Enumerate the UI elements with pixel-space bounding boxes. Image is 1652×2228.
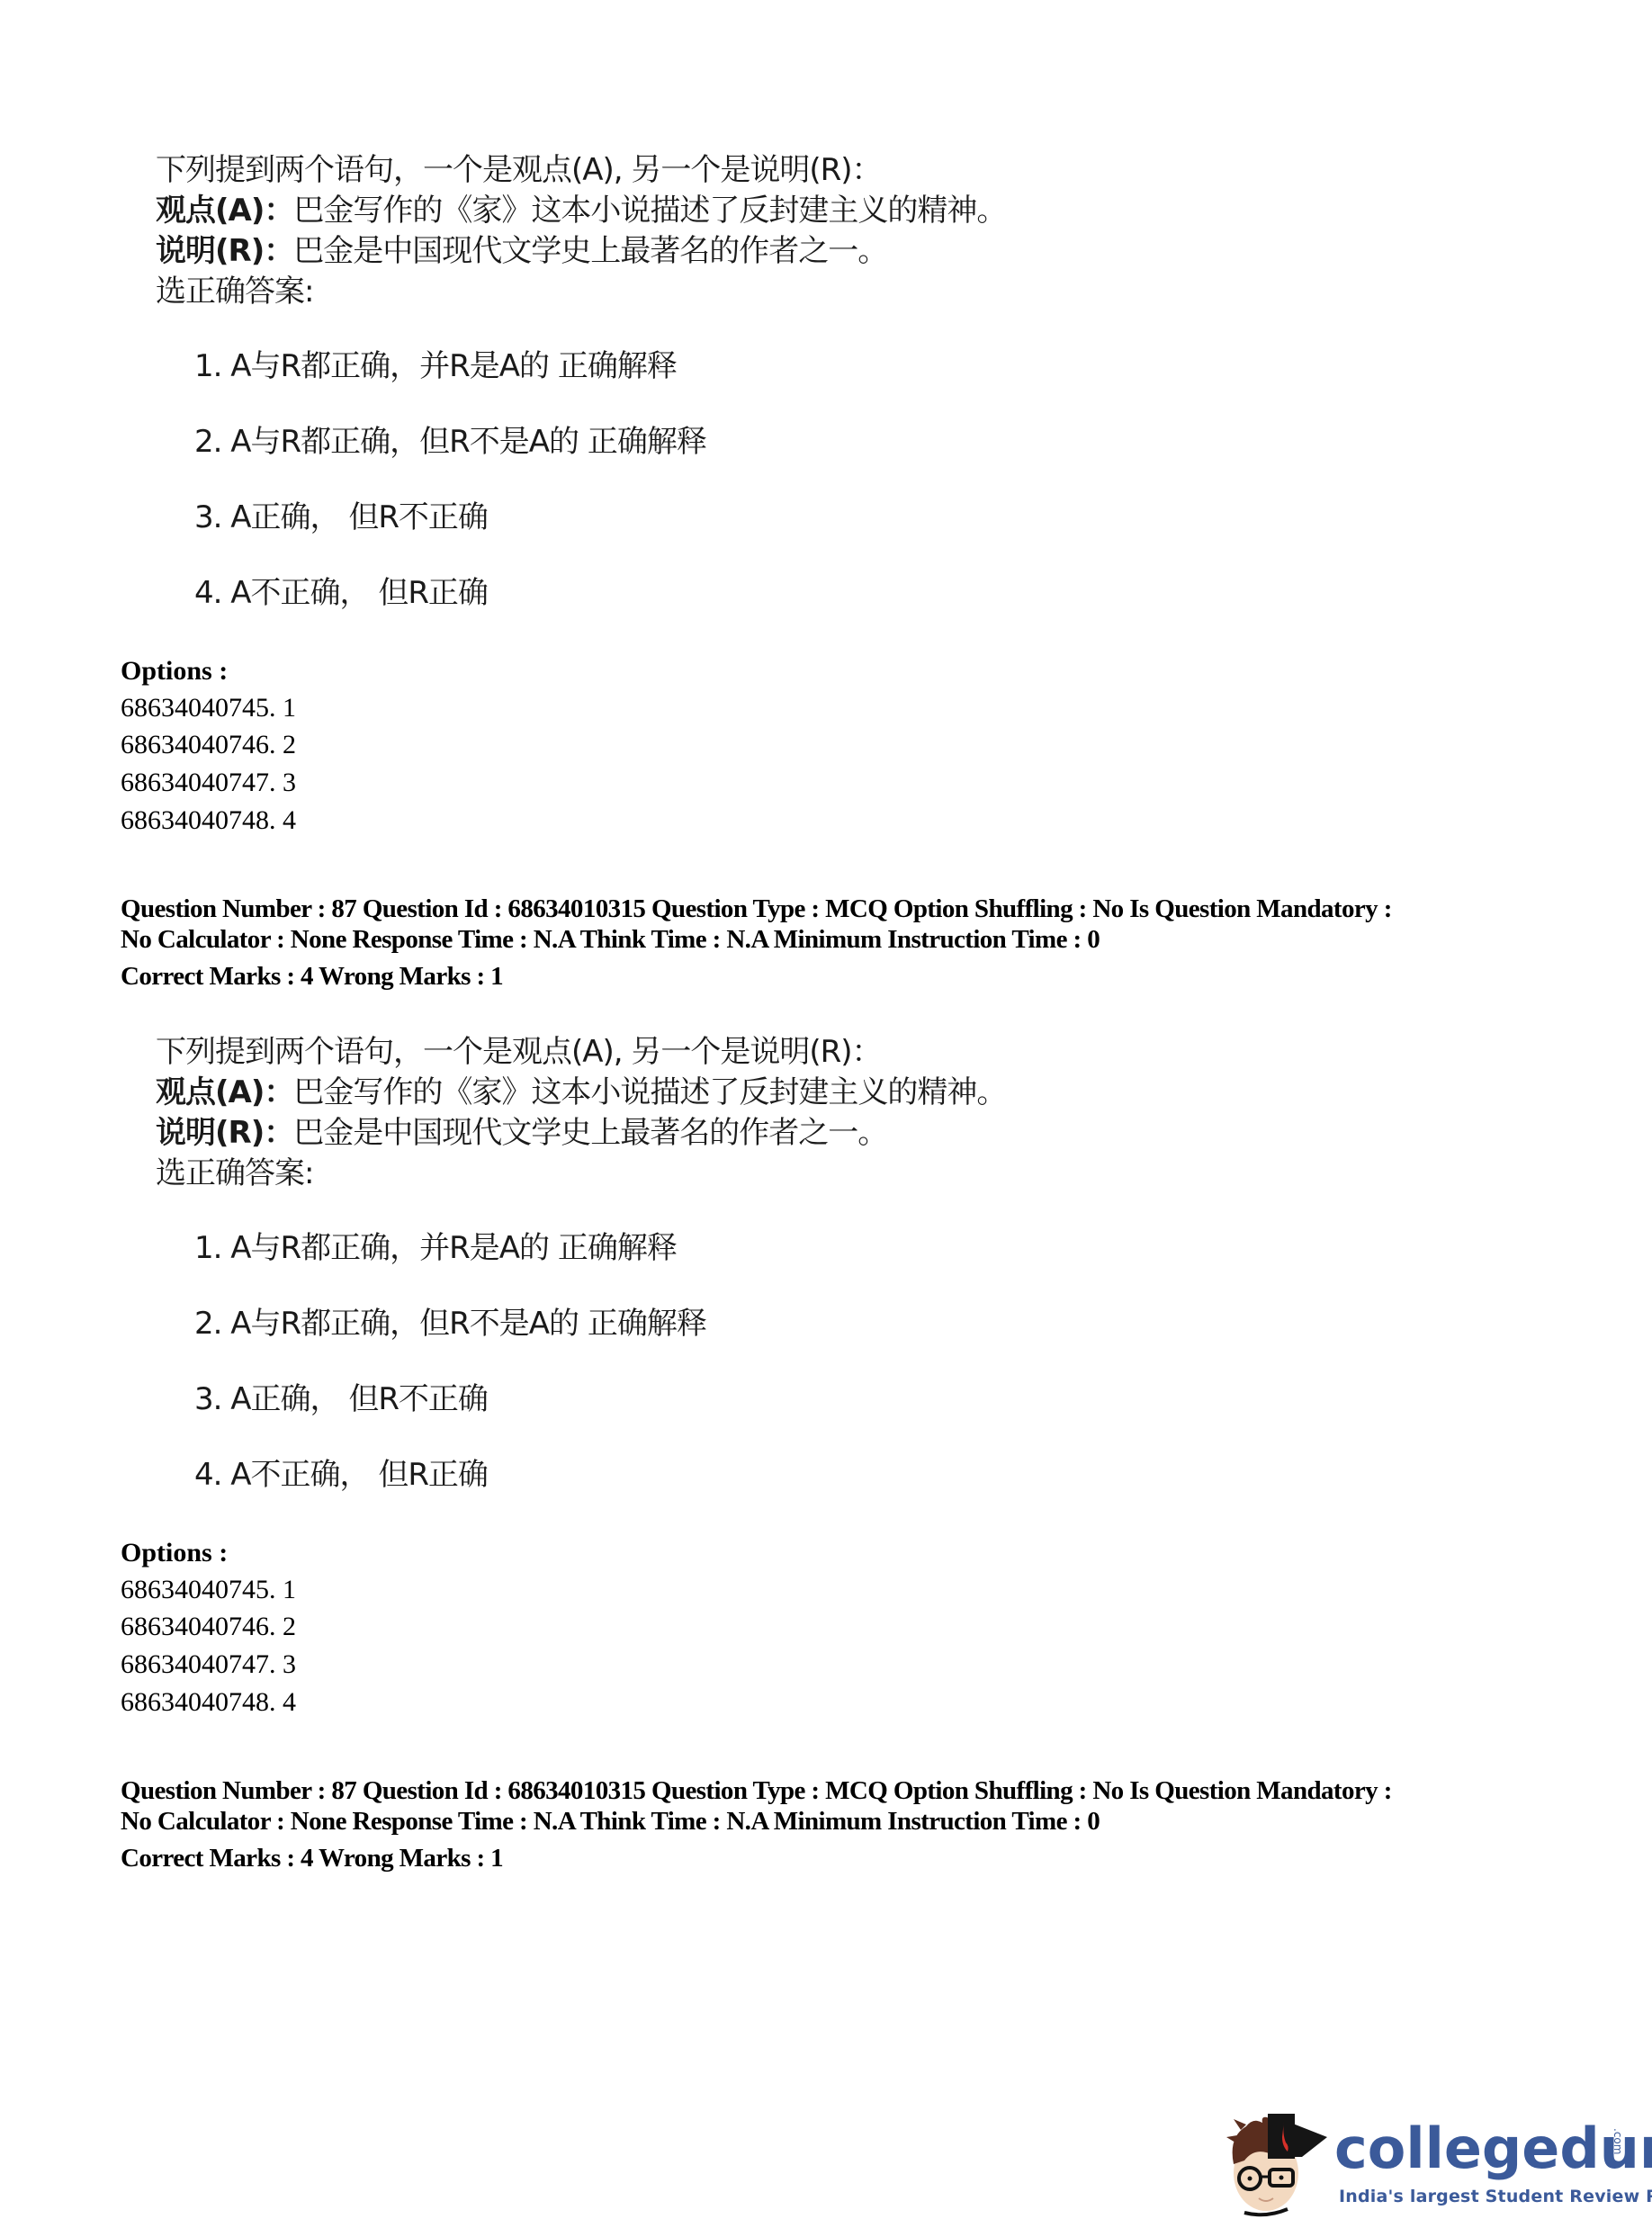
marks-line: Correct Marks : 4 Wrong Marks : 1 [121, 960, 503, 993]
choice-3: 3. A正确， 但R不正确 [194, 1379, 488, 1420]
assertion-label: 观点(A)： [156, 193, 293, 229]
metadata-line-2: No Calculator : None Response Time : N.A… [121, 923, 1100, 956]
instruction-text: 选正确答案: [156, 1155, 313, 1191]
brand-tagline: India's largest Student Review Platform [1339, 2187, 1652, 2206]
choice-3: 3. A正确， 但R不正确 [194, 497, 488, 538]
reason-text: 巴金是中国现代文学史上最著名的作者之一。 [293, 233, 887, 269]
question-intro: 下列提到两个语句，一个是观点(A), 另一个是说明(R)： [156, 1031, 882, 1073]
assertion-text: 巴金写作的《家》这本小说描述了反封建主义的精神。 [293, 193, 1006, 229]
choice-4: 4. A不正确， 但R正确 [194, 1454, 488, 1496]
graduate-mascot-icon [1219, 2101, 1336, 2218]
metadata-line-1: Question Number : 87 Question Id : 68634… [121, 893, 1392, 925]
assertion-text: 巴金写作的《家》这本小说描述了反封建主义的精神。 [293, 1074, 1006, 1110]
brand-name: collegedunia [1334, 2117, 1652, 2180]
instruction-text: 选正确答案: [156, 274, 313, 310]
option-row: 68634040746. 2 [121, 727, 296, 763]
question-intro: 下列提到两个语句，一个是观点(A), 另一个是说明(R)： [156, 149, 882, 191]
choice-1: 1. A与R都正确，并R是A的 正确解释 [194, 346, 677, 387]
option-row: 68634040746. 2 [121, 1609, 296, 1645]
intro-text: 下列提到两个语句，一个是观点(A), 另一个是说明(R)： [156, 152, 882, 188]
brand-domain-suffix: .com [1612, 2128, 1624, 2154]
option-row: 68634040747. 3 [121, 765, 296, 801]
choice-2: 2. A与R都正确，但R不是A的 正确解释 [194, 421, 706, 463]
choice-4: 4. A不正确， 但R正确 [194, 572, 488, 614]
marks-line: Correct Marks : 4 Wrong Marks : 1 [121, 1842, 503, 1874]
intro-text: 下列提到两个语句，一个是观点(A), 另一个是说明(R)： [156, 1034, 882, 1070]
options-title: Options : [121, 653, 228, 689]
metadata-line-2: No Calculator : None Response Time : N.A… [121, 1805, 1100, 1837]
reason-text: 巴金是中国现代文学史上最著名的作者之一。 [293, 1115, 887, 1151]
instruction-line: 选正确答案: [156, 271, 313, 312]
option-row: 68634040748. 4 [121, 803, 296, 839]
options-title: Options : [121, 1535, 228, 1571]
choice-1: 1. A与R都正确，并R是A的 正确解释 [194, 1227, 677, 1269]
instruction-line: 选正确答案: [156, 1153, 313, 1194]
choice-2: 2. A与R都正确，但R不是A的 正确解释 [194, 1303, 706, 1344]
reason-line: 说明(R)：巴金是中国现代文学史上最著名的作者之一。 [156, 1112, 887, 1154]
option-row: 68634040745. 1 [121, 690, 296, 726]
assertion-label: 观点(A)： [156, 1074, 293, 1110]
reason-label: 说明(R)： [156, 233, 293, 269]
assertion-line: 观点(A)：巴金写作的《家》这本小说描述了反封建主义的精神。 [156, 1072, 1006, 1113]
option-row: 68634040747. 3 [121, 1647, 296, 1683]
collegedunia-logo: collegedunia .com India's largest Studen… [1219, 2101, 1642, 2218]
reason-label: 说明(R)： [156, 1115, 293, 1151]
reason-line: 说明(R)：巴金是中国现代文学史上最著名的作者之一。 [156, 230, 887, 272]
assertion-line: 观点(A)：巴金写作的《家》这本小说描述了反封建主义的精神。 [156, 190, 1006, 231]
option-row: 68634040748. 4 [121, 1684, 296, 1720]
option-row: 68634040745. 1 [121, 1572, 296, 1608]
metadata-line-1: Question Number : 87 Question Id : 68634… [121, 1774, 1392, 1807]
